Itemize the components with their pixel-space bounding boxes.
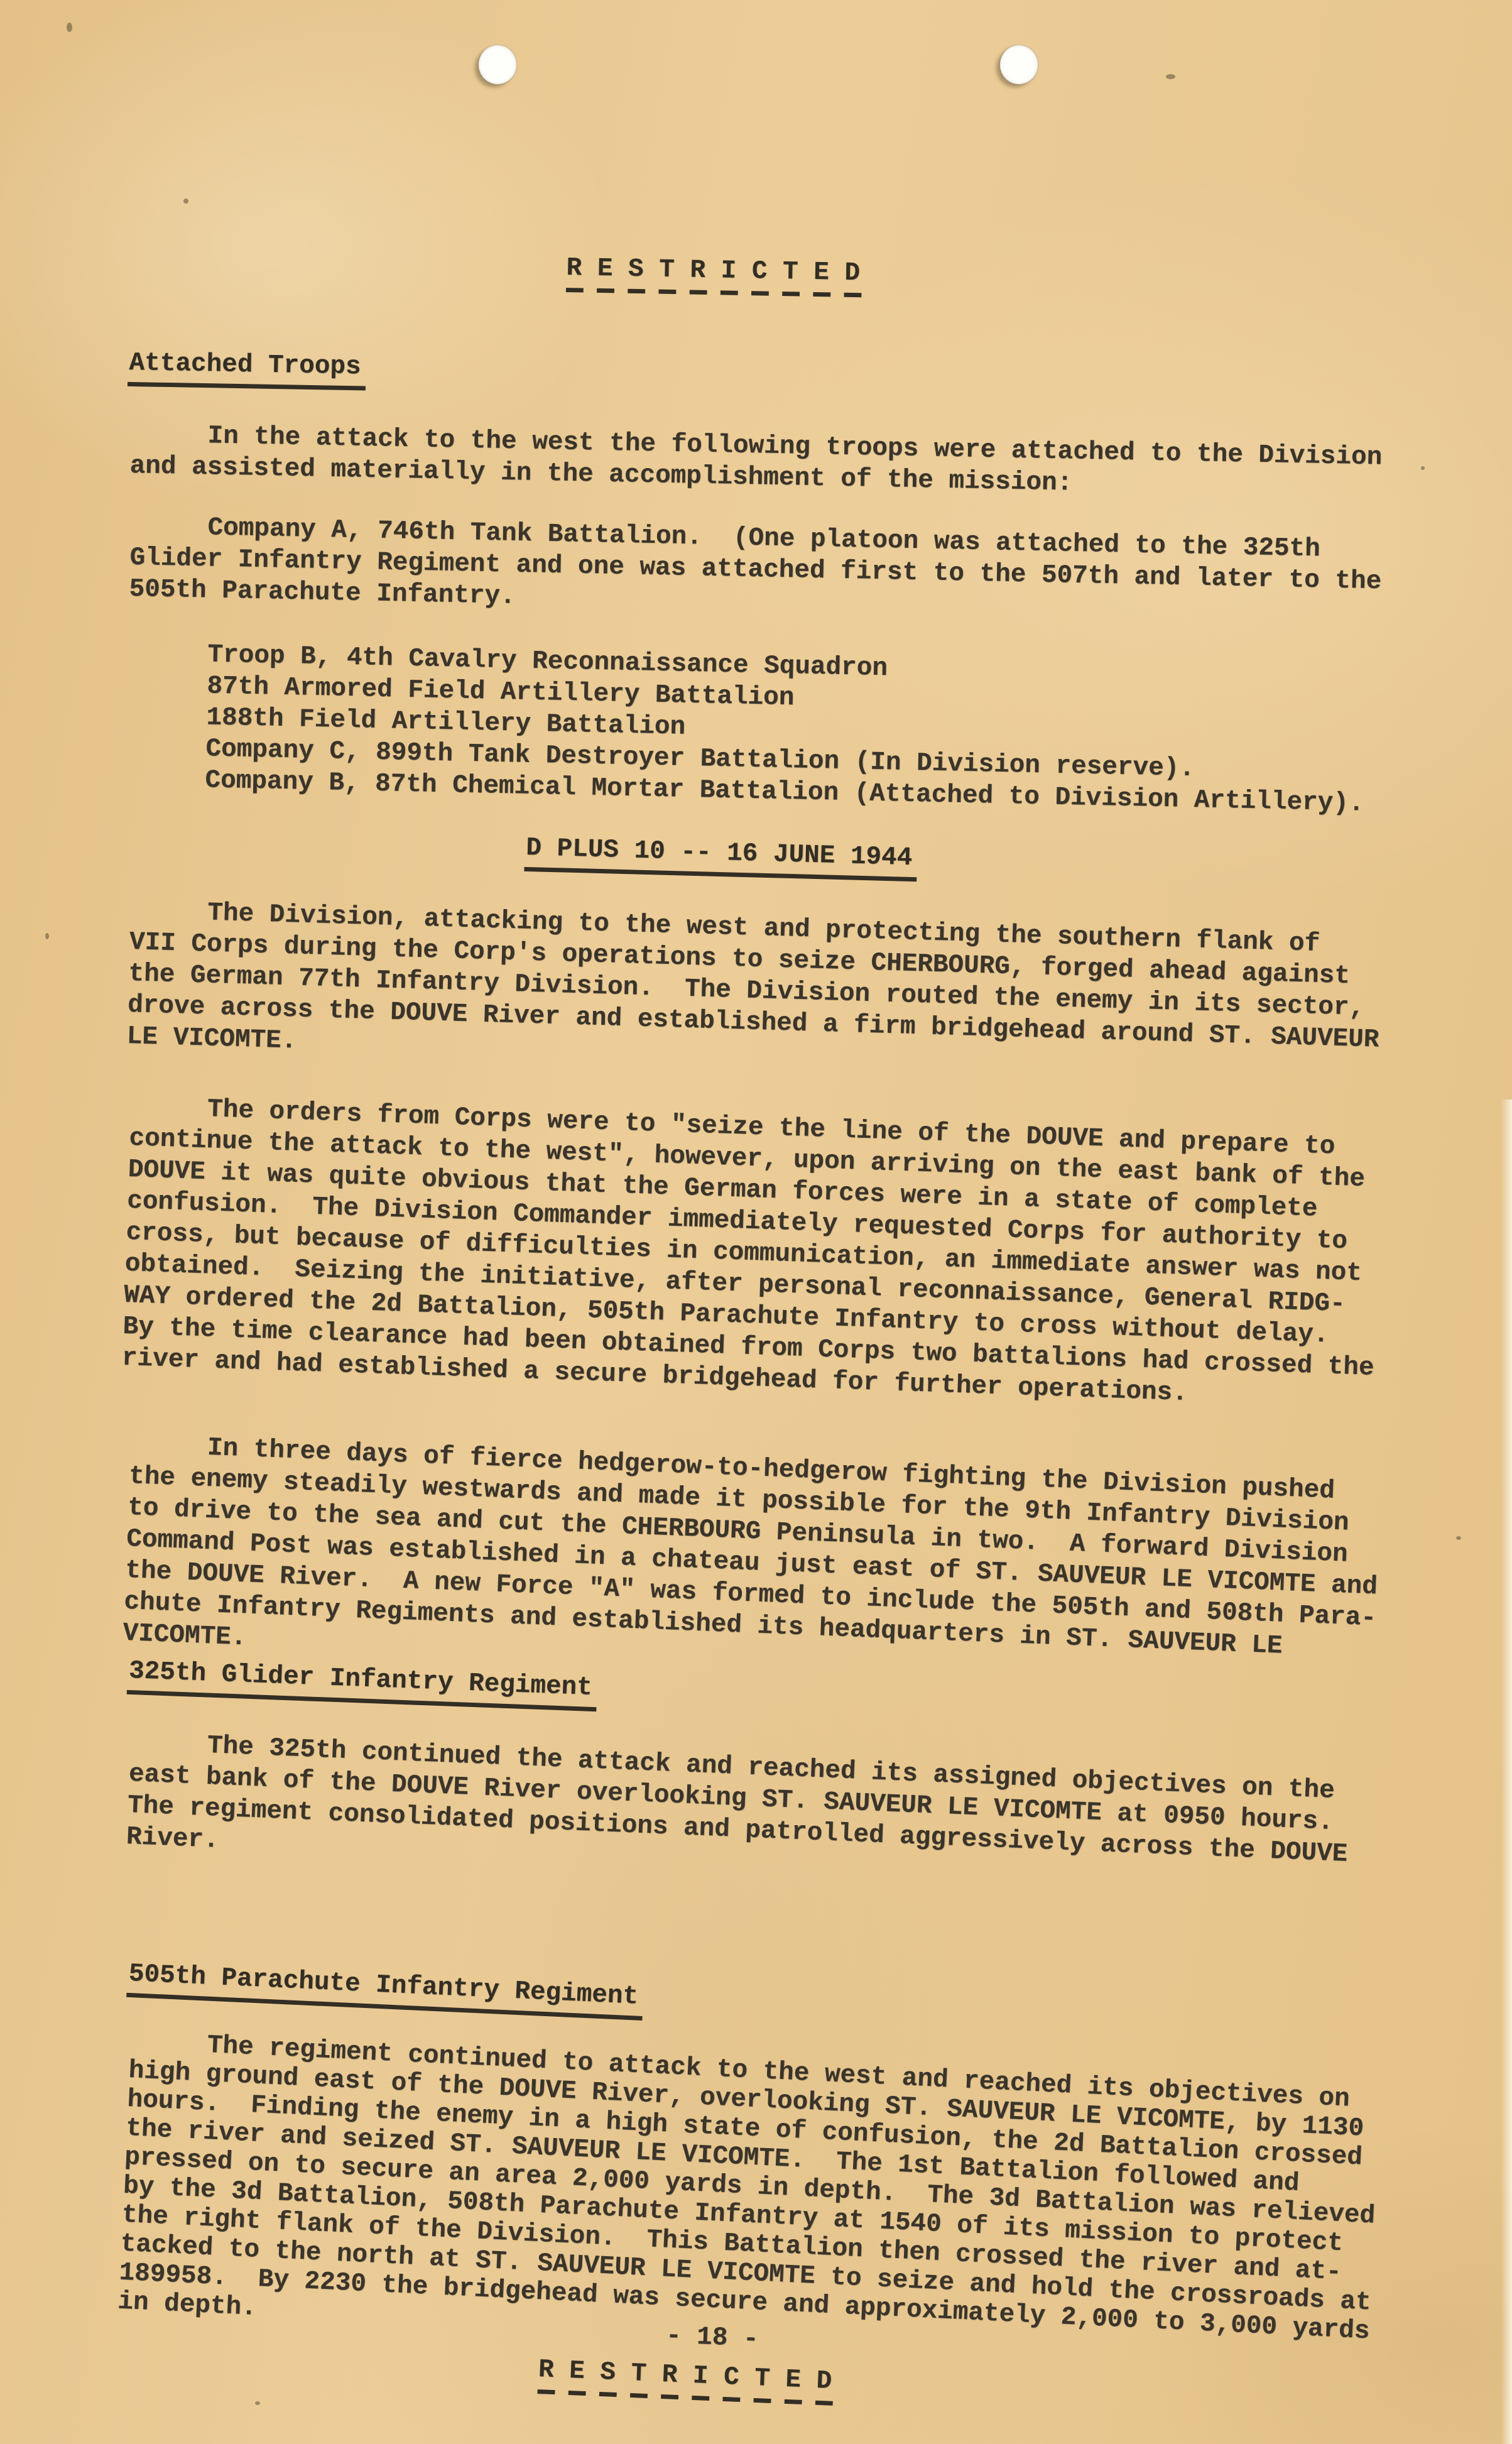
classification-header: R E S T R I C T E D bbox=[565, 253, 863, 297]
glider-325-paragraph: The 325th continued the attack and reach… bbox=[126, 1727, 1423, 1905]
scan-edge-highlight bbox=[1501, 1099, 1512, 2444]
paper-speck bbox=[183, 199, 188, 204]
paper-speck bbox=[67, 23, 72, 32]
classification-footer: R E S T R I C T E D bbox=[536, 2354, 835, 2406]
attached-troops-intro-paragraph: In the attack to the west the following … bbox=[129, 419, 1424, 506]
attached-troops-heading: Attached Troops bbox=[128, 347, 366, 391]
paper-speck bbox=[1456, 1536, 1461, 1540]
paper-speck bbox=[255, 2401, 260, 2405]
paper-speck bbox=[1166, 74, 1175, 79]
scanned-document-page: R E S T R I C T E D Attached Troops In t… bbox=[0, 0, 1512, 2444]
d-plus-10-heading: D PLUS 10 -- 16 JUNE 1944 bbox=[524, 832, 918, 881]
parachute-505-heading: 505th Parachute Infantry Regiment bbox=[126, 1958, 644, 2021]
classification-header-row: R E S T R I C T E D bbox=[565, 253, 1425, 307]
company-a-paragraph: Company A, 746th Tank Battalion. (One pl… bbox=[129, 511, 1425, 630]
paper-speck bbox=[45, 933, 49, 939]
attached-troops-heading-row: Attached Troops bbox=[130, 347, 1425, 409]
d-plus-10-paragraph-1: The Division, attacking to the west and … bbox=[126, 895, 1424, 1088]
d-plus-10-paragraph-3: In three days of fierce hedgerow-to-hedg… bbox=[122, 1429, 1424, 1699]
d-plus-10-paragraph-2: The orders from Corps were to "seize the… bbox=[121, 1091, 1424, 1417]
attached-units-list: Troop B, 4th Cavalry Reconnaissance Squa… bbox=[128, 638, 1425, 821]
typewritten-content: R E S T R I C T E D Attached Troops In t… bbox=[131, 253, 1425, 2394]
punch-hole-right bbox=[1000, 45, 1038, 84]
punch-hole-left bbox=[479, 45, 516, 84]
page-number: - 18 - bbox=[665, 2321, 759, 2354]
d-plus-10-heading-row: D PLUS 10 -- 16 JUNE 1944 bbox=[526, 832, 1424, 895]
